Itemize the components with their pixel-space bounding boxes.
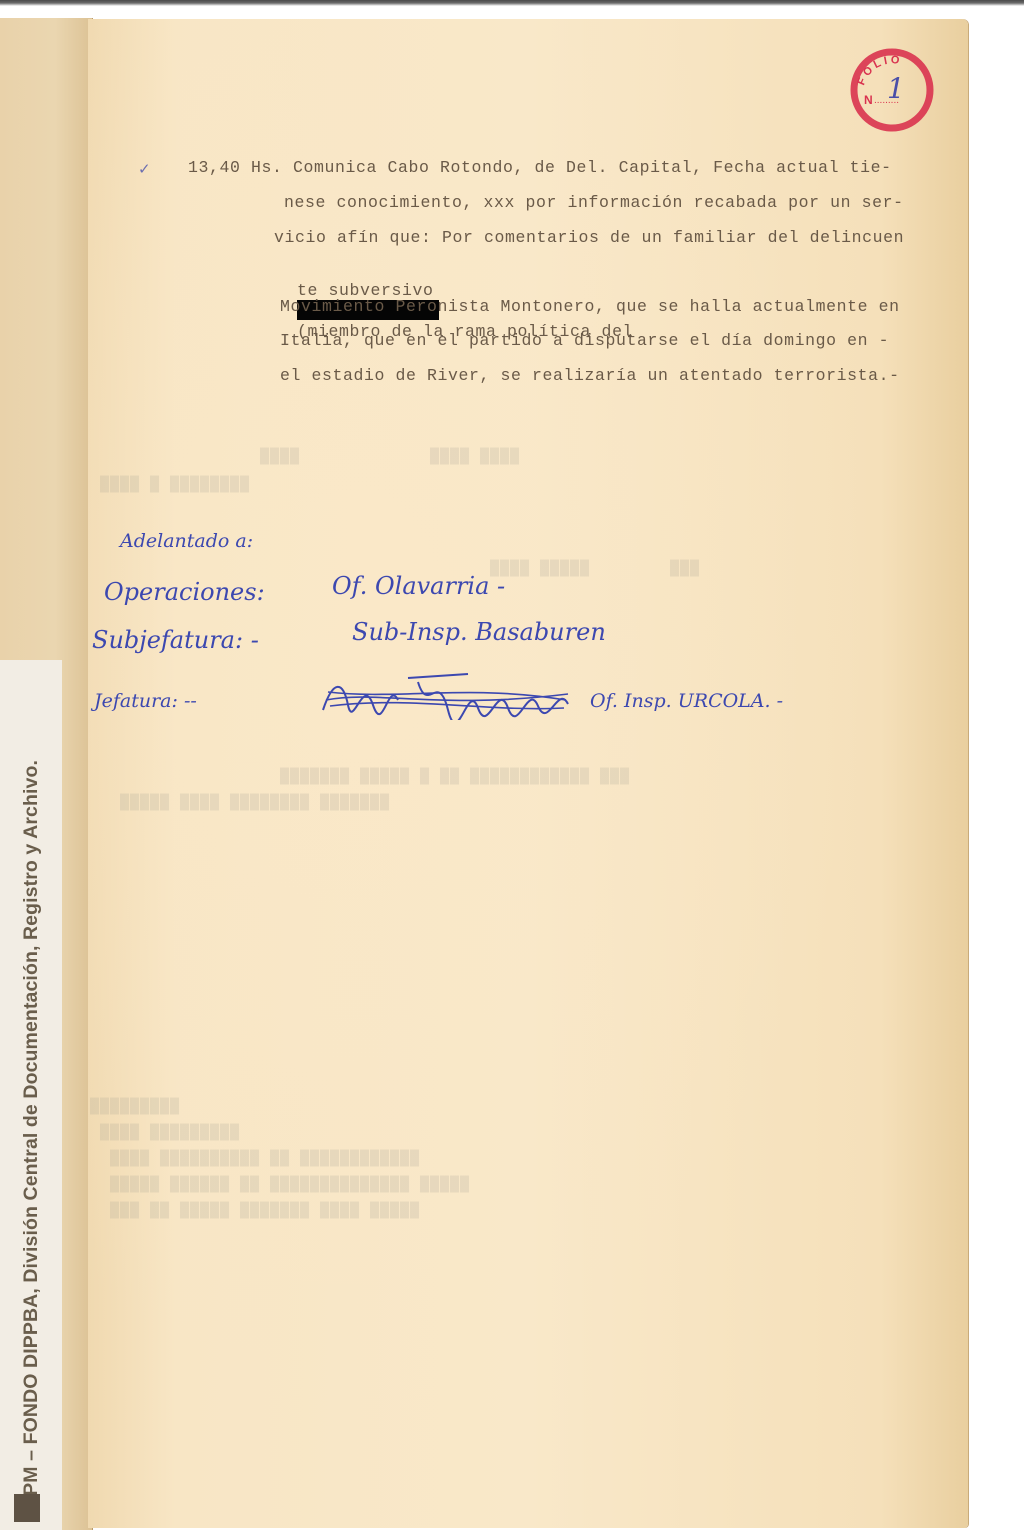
show-through-text: ████ ██████████ ██ ████████████ <box>110 1150 420 1167</box>
stamp-number: 1 <box>887 72 905 105</box>
typed-line-6: Italia, que en el partido a disputarse e… <box>280 331 889 350</box>
handwritten-heading: Adelantado a: <box>120 530 253 552</box>
handwritten-subjefatura-label: Subjefatura: - <box>92 626 259 654</box>
handwritten-subjefatura-value: Sub-Insp. Basaburen <box>352 618 606 646</box>
handwritten-jefatura-value: Of. Insp. URCOLA. - <box>590 690 783 712</box>
typed-line-5: Movimiento Peronista Montonero, que se h… <box>280 297 900 316</box>
show-through-text: ████ █ ████████ <box>100 476 250 493</box>
folio-stamp: FOLIO N ......... 1 <box>842 46 940 134</box>
show-through-text: ████ █████████ <box>100 1124 240 1141</box>
typed-line-1: 13,40 Hs. Comunica Cabo Rotondo, de Del.… <box>188 158 892 177</box>
crossed-out-signature <box>318 670 572 720</box>
check-mark-icon: ✓ <box>138 160 151 178</box>
watermark-square-icon <box>14 1494 40 1522</box>
handwritten-operaciones-label: Operaciones: <box>104 578 265 606</box>
scan-top-edge <box>0 0 1024 18</box>
handwritten-operaciones-value: Of. Olavarria - <box>332 572 505 600</box>
svg-text:N: N <box>864 93 873 107</box>
show-through-text: ████ █████ ███ <box>490 560 700 577</box>
show-through-text: █████ ████ ████████ ███████ <box>120 794 390 811</box>
typed-line-2: nese conocimiento, xxx por información r… <box>284 193 904 212</box>
handwritten-jefatura-label: Jefatura: -- <box>94 690 197 712</box>
show-through-text: ███ ██ █████ ███████ ████ █████ <box>110 1202 420 1219</box>
show-through-text: ███████ █████ █ ██ ████████████ ███ <box>280 768 630 785</box>
typed-line-3: vicio afín que: Por comentarios de un fa… <box>274 228 904 247</box>
show-through-text: █████████ <box>90 1098 180 1115</box>
typed-line-7: el estadio de River, se realizaría un at… <box>280 366 900 385</box>
show-through-text: ████ ████ ████ <box>260 448 520 465</box>
show-through-text: █████ ██████ ██ ██████████████ █████ <box>110 1176 470 1193</box>
archive-watermark: CPM – FONDO DIPPBA, División Central de … <box>20 760 43 1510</box>
